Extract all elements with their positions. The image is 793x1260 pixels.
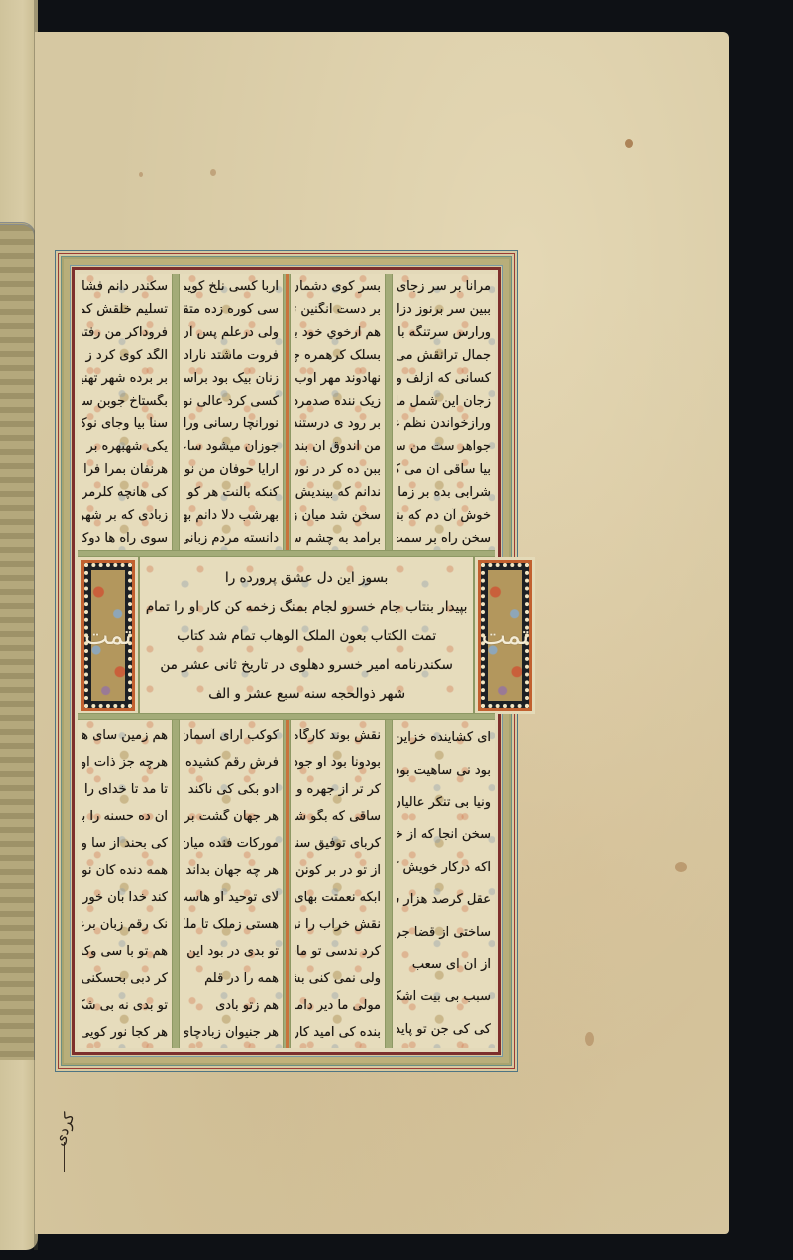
- verse-line: ان ده حسنه را بکاد پاش: [82, 809, 168, 825]
- upper-column-2: اربا کسی نلخ کویم جوی سی کوره زده متقابل…: [180, 274, 283, 552]
- foxing-spot: [210, 169, 216, 176]
- verse-line: سنا بیا وجای نوکوم زدود: [82, 416, 168, 432]
- verse-line: بسلک کرهمره چی کیسندد: [295, 348, 381, 364]
- verse-line: جواهر ست من سوی زنده تمام: [397, 439, 491, 455]
- verse-line: سکندر دانم فشاندن بی: [82, 279, 168, 295]
- verse-line: همه دنده کان نودانی و: [82, 863, 168, 879]
- verse-line: ای کشاینده خزاین جود: [397, 730, 491, 746]
- colophon-line: سکندرنامه امیر خسرو دهلوی در تاریخ ثانی …: [146, 657, 468, 673]
- horizontal-rule: [78, 713, 495, 720]
- verse-line: مرانا بر سر زجای بیت: [397, 279, 491, 295]
- verse-line: مورکات فنده میان دریا: [184, 836, 279, 852]
- verse-line: ببن ده کر در نور وجام: [295, 462, 381, 478]
- verse-line: سی کوره زده متقابل کنف: [184, 302, 279, 318]
- floral-illumination: تمت: [478, 560, 532, 711]
- verse-line: اکه درکار خویش کم: [397, 860, 491, 876]
- column-divider: [385, 274, 393, 552]
- verse-line: تو بدی نه بی شک: [82, 998, 168, 1014]
- verse-line: بهرشب دلا دانم بهماه: [184, 508, 279, 524]
- upper-text-block: سکندر دانم فشاندن بی تسلیم خلقش کم بری ف…: [78, 274, 495, 552]
- verse-line: بر برده شهر تهنيان کنبیند: [82, 371, 168, 387]
- verse-line: هم زمین سای هم فلک بوند: [82, 728, 168, 744]
- verse-line: کوکب ارای آسمان بلند: [184, 728, 279, 744]
- verse-line: بودونا بود او جود از تو: [295, 755, 381, 771]
- verse-line: هم زتو بادی: [184, 998, 279, 1014]
- verse-line: ببین سر برنوز دزلوک منش: [397, 302, 491, 318]
- verse-line: ولی نمی کنی بشید: [295, 971, 381, 987]
- verse-line: سبب بی بیت اشکار شنف: [397, 989, 491, 1005]
- verse-line: از ان ای سعب: [397, 957, 491, 973]
- foxing-spot: [585, 1032, 594, 1046]
- verse-line: اربا کسی نلخ کویم جوی: [184, 279, 279, 295]
- verse-line: لای توحید او هاست همانی: [184, 890, 279, 906]
- verse-line: نهادوند مهر اوب بر روبان: [295, 371, 381, 387]
- upper-column-3: بسر کوی دشمان بای بهت بر دست انگنین تیر …: [291, 274, 385, 552]
- verse-line: عقل کرصد هزار سک: [397, 892, 491, 908]
- verse-line: کسی کرد عالی نوان شاه کرد: [184, 394, 279, 410]
- verse-line: زجان این شمل ملکه جان بروت: [397, 394, 491, 410]
- lower-column-4: ای کشاینده خزاین جود بود نی ساهیت بود از…: [393, 720, 495, 1048]
- verse-line: کی بحند از سا و درسی: [82, 836, 168, 852]
- column-divider: [172, 274, 180, 552]
- illuminated-panel-right: تمت: [475, 557, 535, 714]
- verse-line: کند خدا بان خورد و خیر خدای: [82, 890, 168, 906]
- verse-line: کرد ندسی تو مای: [295, 944, 381, 960]
- verse-line: جمال ترانقش می کیسندد: [397, 348, 491, 364]
- verse-line: سوی راه ها دوکی سوی: [82, 531, 168, 547]
- verse-line: برآمد به چشم سخن: [295, 531, 381, 547]
- verse-line: زیک ننده صدمرده راسکر: [295, 394, 381, 410]
- verse-line: ورازخواندن نظم غرای: [397, 416, 491, 432]
- verse-line: شرابی بده بر زمانی: [397, 485, 491, 501]
- verse-line: الگد کوی کرد ز ان برادکان: [82, 348, 168, 364]
- panel-inscription: تمت: [84, 621, 132, 651]
- facing-page-text-block: [0, 222, 36, 1060]
- upper-column-1: سکندر دانم فشاندن بی تسلیم خلقش کم بری ف…: [78, 274, 172, 552]
- column-divider: [385, 720, 393, 1048]
- verse-line: هم ارخوي خود بار پا بندجواب: [295, 325, 381, 341]
- verse-line: هرنفان بمرا فرانمو سیا: [82, 462, 168, 478]
- verse-line: نقش بوند کارگاه وجود: [295, 728, 381, 744]
- verse-line: کر تر از جهره و مبان: [295, 782, 381, 798]
- upper-column-4: مرانا بر سر زجای بیت ببین سر برنوز دزلوک…: [393, 274, 495, 552]
- verse-line: تا مد تا خدای را تی: [82, 782, 168, 798]
- verse-line: ساقی که بگو شر عه ی ای: [295, 809, 381, 825]
- colophon-band: تمت بسوز این دل عشق پرورده را بپیدار بنت…: [78, 557, 495, 714]
- verse-line: هر جهان گشت بر تو: [184, 809, 279, 825]
- verse-line: بسر کوی دشمان بای بهت: [295, 279, 381, 295]
- verse-line: کنکه بالنت هر کو کشت: [184, 485, 279, 501]
- foxing-spot: [139, 172, 143, 177]
- facing-page: [0, 0, 38, 1250]
- foxing-spot: [625, 139, 633, 148]
- verse-line: ابکه نعمتت بهای سی مکر: [295, 890, 381, 906]
- verse-line: زبادی که بر شهر خرچا بود: [82, 508, 168, 524]
- verse-line: دانسته مردم زبانی: [184, 531, 279, 547]
- verse-line: بگستاخ جوبن سا بدین ناکرد: [82, 394, 168, 410]
- verse-line: هستی زملک تا ملکوت: [184, 917, 279, 933]
- column-divider-orange: [283, 720, 291, 1048]
- lower-column-1: هم زمین سای هم فلک بوند هرچه جز ذات او ف…: [78, 720, 172, 1048]
- verse-line: بیا ساقی ان می که کلام: [397, 462, 491, 478]
- verse-line: ندانم که بیندیش و داد: [295, 485, 381, 501]
- verse-line: ساختی از قضا جریده: [397, 925, 491, 941]
- floral-illumination: تمت: [81, 560, 135, 711]
- verse-line: بود نی ساهیت بود از تو: [397, 763, 491, 779]
- verse-line: کسانی که ازلف وکویی جهان: [397, 371, 491, 387]
- verse-line: سخن شد میان زبانی: [295, 508, 381, 524]
- verse-line: ادو بکی کی ناکند هم: [184, 782, 279, 798]
- verse-line: بر رود ی درستند بها دای: [295, 416, 381, 432]
- verse-line: ورارس سرتنگه با صواب: [397, 325, 491, 341]
- verse-line: سخن راه بر سمت: [397, 531, 491, 547]
- colophon-line: بسوز این دل عشق پرورده را: [146, 570, 468, 586]
- verse-line: فروداکر من رفته تا شم تحالک: [82, 325, 168, 341]
- verse-line: ونیا بی تنکر عالیان: [397, 795, 491, 811]
- verse-line: فرش رقم کشیده تست: [184, 755, 279, 771]
- verse-line: جوزان میشود ساعت کرم خبر: [184, 439, 279, 455]
- verse-line: نورانچا رسانی وران وسی: [184, 416, 279, 432]
- verse-line: ارایا حوفان من نوشاه: [184, 462, 279, 478]
- verse-line: هم تو با سی وکس بداند: [82, 944, 168, 960]
- verse-line: من اندوق ان بنده کر دتام: [295, 439, 381, 455]
- foxing-spot: [675, 862, 687, 872]
- verse-line: از تو در بر کونن نوای: [295, 863, 381, 879]
- verse-line: کربای توفیق سند: [295, 836, 381, 852]
- verse-line: مولی ما دیر دامش بغیت: [295, 998, 381, 1014]
- verse-line: فروت ماشتد نارادوکان: [184, 348, 279, 364]
- colophon-text: بسوز این دل عشق پرورده را بپیدار بنتاب ج…: [140, 557, 474, 714]
- verse-line: کی هانچه کلرمرد دهنیست: [82, 485, 168, 501]
- verse-line: زنان بیک بود براسیان نیشتید: [184, 371, 279, 387]
- verse-line: بنده کی امید کار سود: [295, 1025, 381, 1041]
- verse-line: تو بدی در بود این همه: [184, 944, 279, 960]
- verse-line: کی کی جن تو پایدار سود: [397, 1022, 491, 1038]
- verse-line: سخن انجا که از خدا: [397, 827, 491, 843]
- verse-line: ولی درعلم پس آن نبت باب: [184, 325, 279, 341]
- verse-line: بر دست انگنین تیر انداز بهش: [295, 302, 381, 318]
- verse-line: تسلیم خلقش کم بری: [82, 302, 168, 318]
- verse-line: یکی شهبهره بر جان خمرو بر: [82, 439, 168, 455]
- verse-line: خوش آن دم که بنیاد: [397, 508, 491, 524]
- panel-inscription: تمت: [481, 621, 529, 651]
- verse-line: همه را در قلم: [184, 971, 279, 987]
- verse-line: نک رقم زبان برعد: [82, 917, 168, 933]
- colophon-line: شهر ذوالحجه سنه سبع عشر و الف: [146, 686, 468, 702]
- lower-column-2: کوکب ارای آسمان بلند فرش رقم کشیده تست ا…: [180, 720, 283, 1048]
- colophon-line: تمت الکتاب بعون الملک الوهاب تمام شد کتا…: [146, 628, 468, 644]
- lower-column-3: نقش بوند کارگاه وجود بودونا بود او جود ا…: [291, 720, 385, 1048]
- verse-line: نقش خراب را نواج: [295, 917, 381, 933]
- column-divider: [172, 720, 180, 1048]
- verse-line: کر دبی بحسکنی و بتوان کرد: [82, 971, 168, 987]
- column-divider-orange: [283, 274, 291, 552]
- lower-text-block: هم زمین سای هم فلک بوند هرچه جز ذات او ف…: [78, 720, 495, 1048]
- colophon-line: بپیدار بنتاب جام خسرو لجام بمنگ زخمه کن …: [146, 599, 468, 615]
- verse-line: هر چه جهان بداند کس: [184, 863, 279, 879]
- illuminated-panel-left: تمت: [78, 557, 138, 714]
- verse-line: هر کجا نور کویی: [82, 1025, 168, 1041]
- verse-line: هرچه جز ذات او فزده: [82, 755, 168, 771]
- horizontal-rule: [78, 550, 495, 557]
- verse-line: هر جنیوان زبادچای کرد: [184, 1025, 279, 1041]
